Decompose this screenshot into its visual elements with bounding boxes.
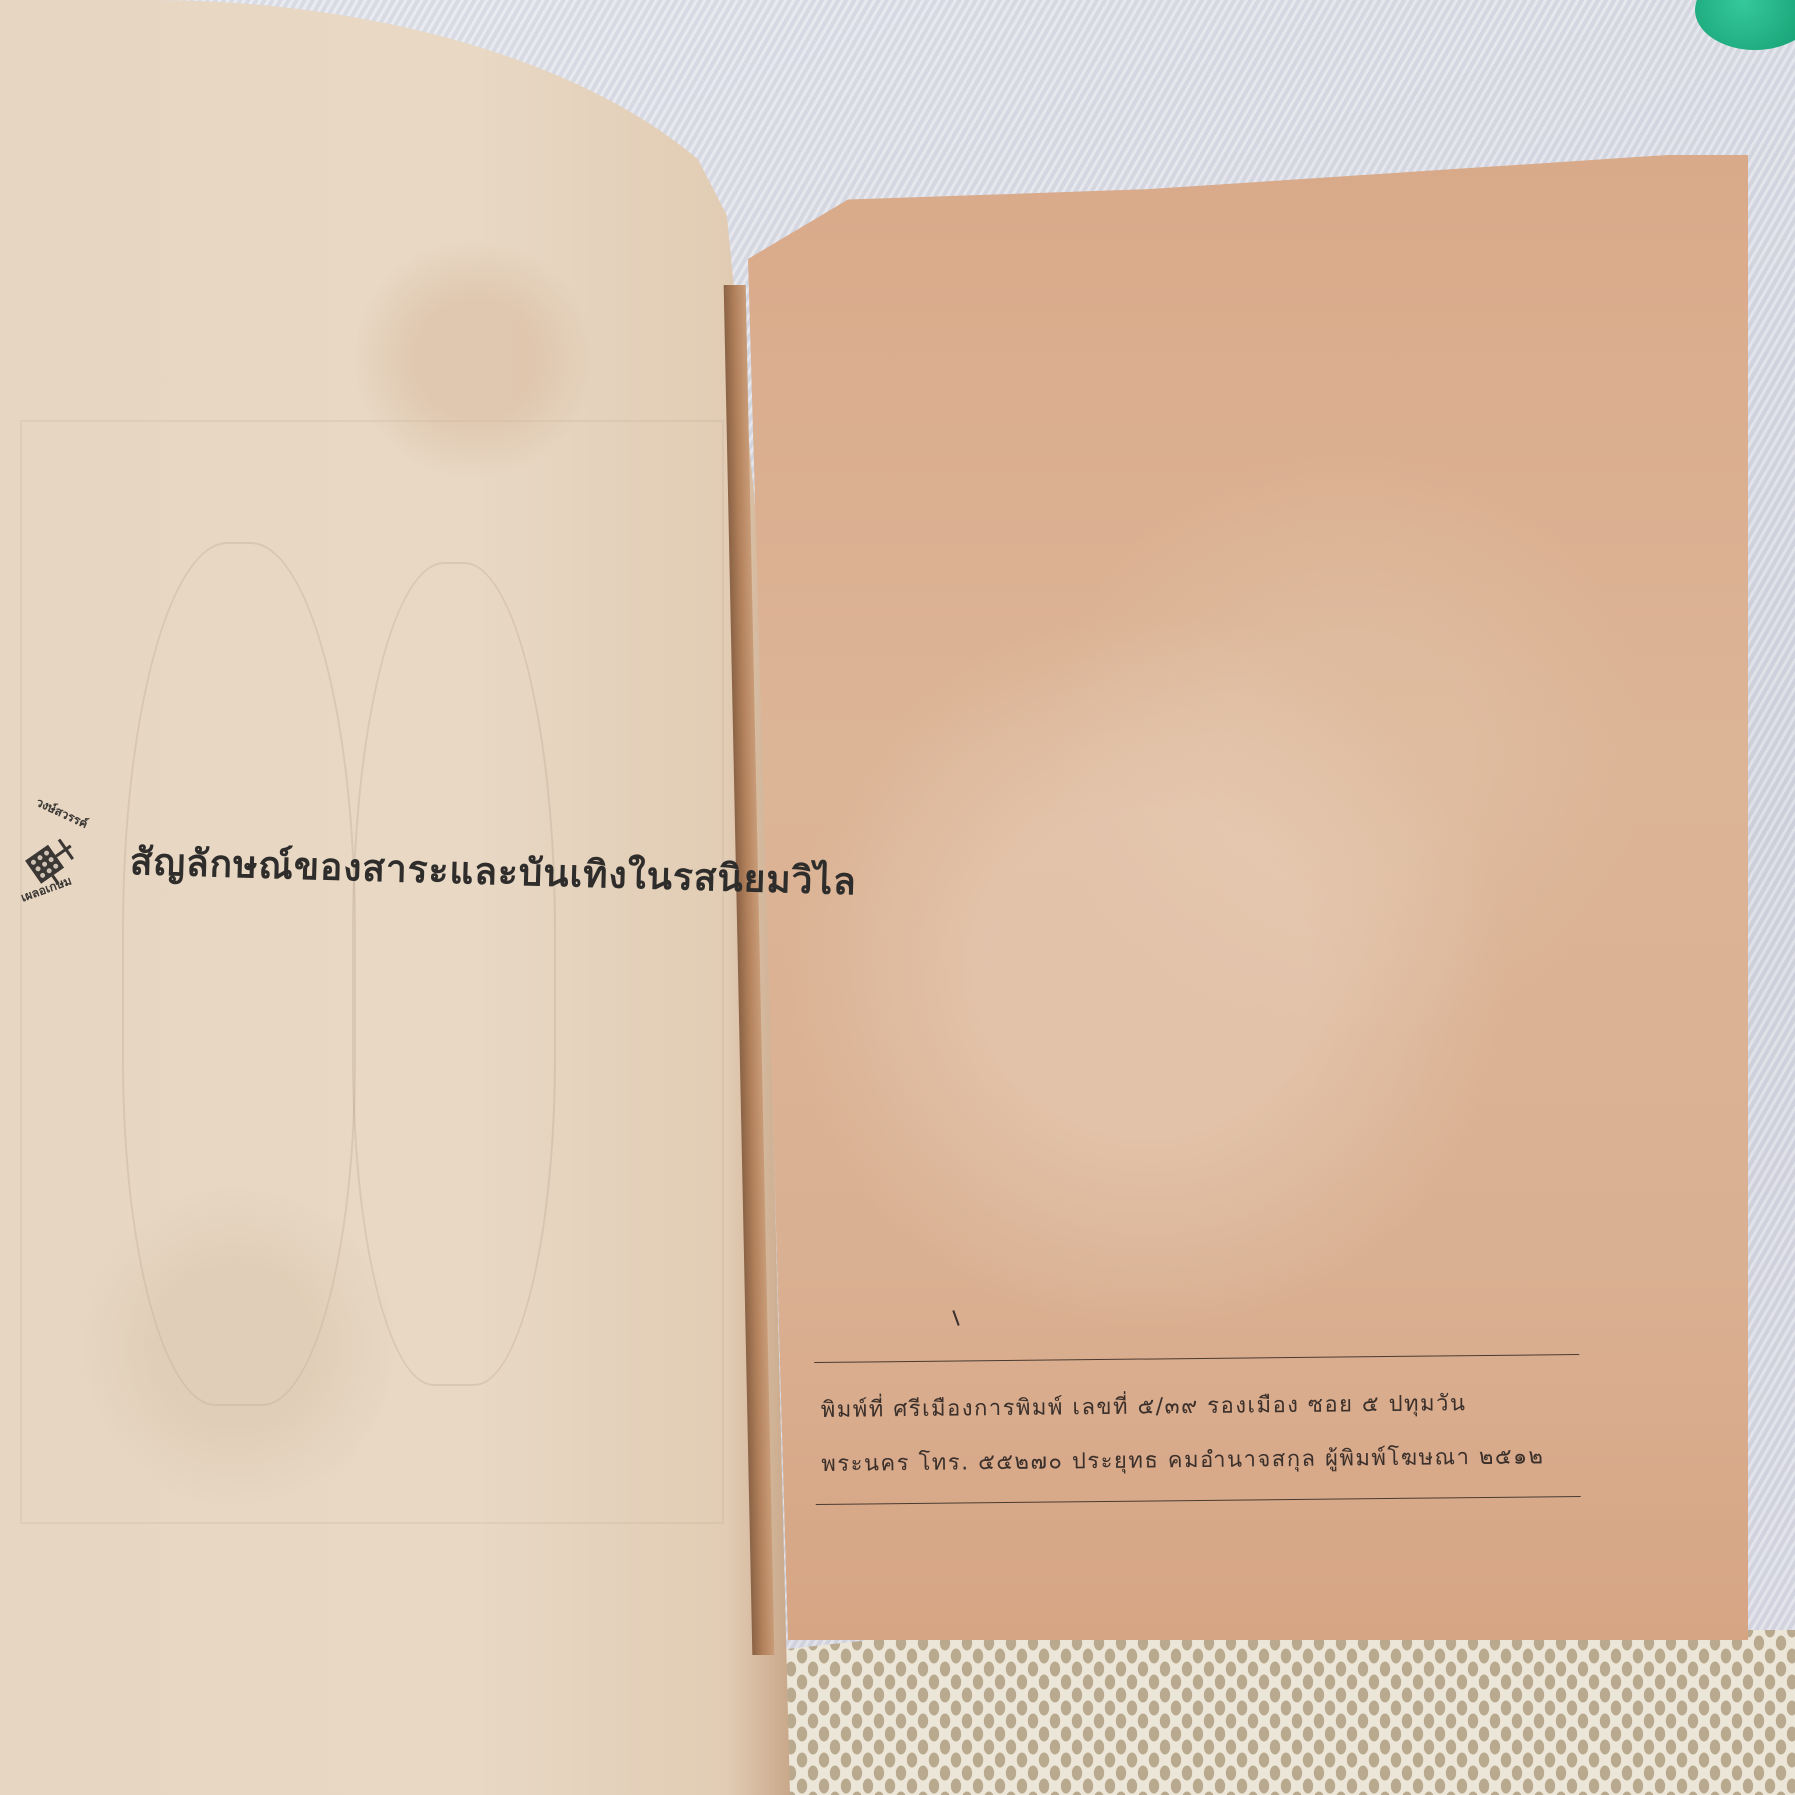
colophon-box: พิมพ์ที่ ศรีเมืองการพิมพ์ เลขที่ ๕/๓๙ รอ… [814,1354,1581,1510]
figure-outline [122,542,356,1406]
ghosted-figure-illustration [20,420,724,1524]
colophon-line-1: พิมพ์ที่ ศรีเมืองการพิมพ์ เลขที่ ๕/๓๙ รอ… [821,1384,1574,1427]
colophon-line-2: พระนคร โทร. ๕๕๒๗๐ ประยุทธ คมอำนาจสกุล ผู… [821,1438,1574,1481]
publisher-seal: วงษ์สวรรค์ เผลอเกษม [4,808,96,900]
figure-outline [352,562,556,1386]
